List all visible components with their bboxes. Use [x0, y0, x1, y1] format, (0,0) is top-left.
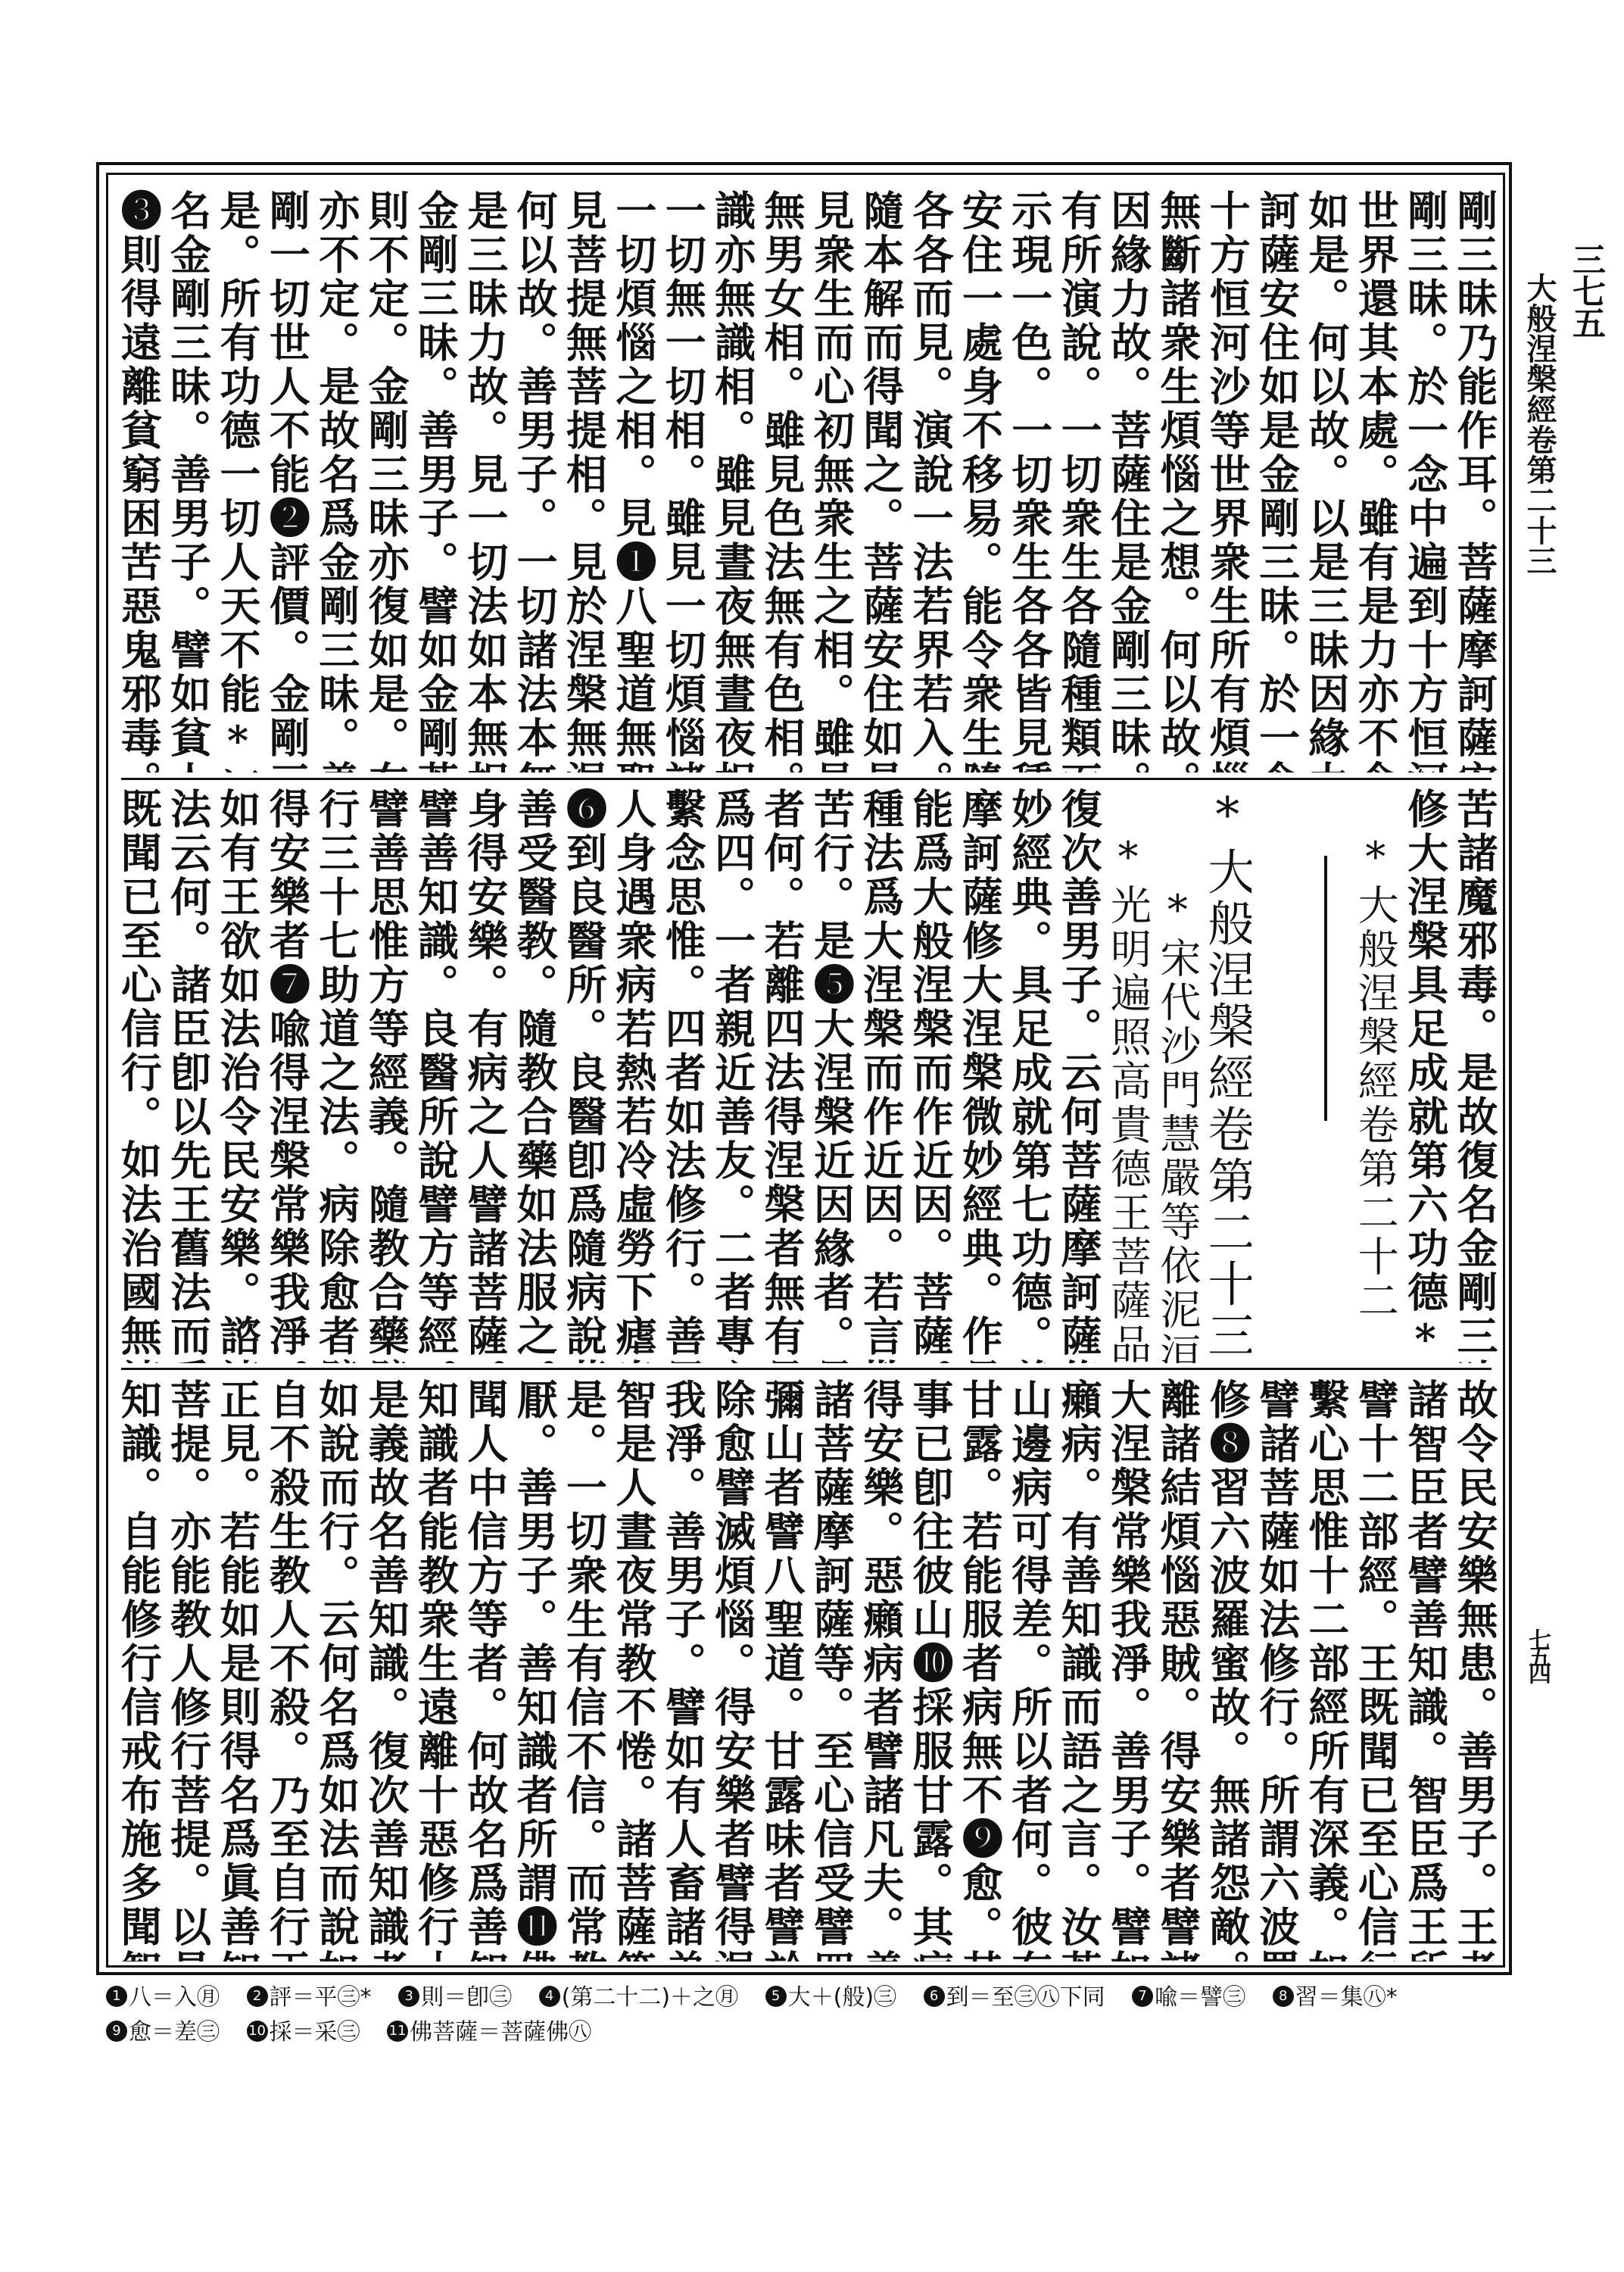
text-column: 故令民安樂無患。善男子。王者譬諸菩薩。: [1450, 1378, 1499, 1961]
text-column: 如是。何以故。以是三昧因緣力故。菩薩摩: [1301, 189, 1351, 772]
chapter-title: *光明遍照高貴德王菩薩品❹之五: [1103, 788, 1152, 1363]
text-column: 譬善思惟方等經義。隨教合藥譬如法修: [361, 788, 410, 1363]
footnotes: 1八＝入㊊ 2評＝平㊂* 3則＝卽㊂ 4(第二十二)＋之㊊ 5大＋(般)㊂ 6到…: [106, 1980, 1529, 2050]
text-column: 金剛三昧。善男子。譬如金剛若在日中色: [410, 189, 460, 772]
text-column: 得安樂者❼喩得涅槃常樂我淨。善男子。譬: [262, 788, 311, 1363]
footnote-text: 八＝入㊊: [129, 1984, 220, 2011]
text-column: 者何。若離四法得涅槃者無有是處。何等: [757, 788, 806, 1363]
text-column: 智是人晝夜常教不惓。諸菩薩等亦復如: [609, 1378, 658, 1961]
text-column: 各各而見。演說一法若界若入。一切衆生各: [906, 189, 955, 772]
text-column: 何以故。善男子。一切諸法本無相故。菩薩以: [510, 189, 559, 772]
margin-page-number: 七五四: [1520, 1628, 1554, 1678]
text-column: 聞人中信方等者。何故名爲善知識耶。善: [460, 1378, 509, 1961]
text-column: 法云何。諸臣卽以先王舊法而爲說之。王: [163, 788, 212, 1363]
text-column: 無斷諸衆生煩惱之想。何以故。以是三昧: [1152, 189, 1202, 772]
footnote-text: 愈＝差㊂: [129, 2019, 220, 2046]
text-column: 種法爲大涅槃而作近因。若言勤修一切: [856, 788, 905, 1363]
text-column: 譬十二部經。王既聞已至心信行。譬諸菩薩: [1351, 1378, 1400, 1961]
text-column: 訶薩安住如是金剛三昧。於一念中能斷: [1252, 189, 1301, 772]
text-column: ❻到良醫所。良醫卽爲隨病說藥。是人至心: [559, 788, 608, 1363]
separator-rule: [1324, 856, 1327, 1121]
text-column: 繫心思惟十二部經所有深義。如法治國: [1301, 1378, 1351, 1961]
text-column: 知識者能教衆生遠離十惡修行十善。以: [410, 1378, 460, 1961]
text-column: 甘露。若能服者病無不❾愈。其人至心信是: [955, 1378, 1004, 1961]
text-column: 能爲大般涅槃而作近因。菩薩。卽知有四: [906, 788, 955, 1363]
text-column: 大涅槃常樂我淨。善男子。譬如有人遇惡: [1103, 1378, 1152, 1961]
text-column: 一切無一切相。雖見一切煩惱諸結。亦無: [658, 189, 707, 772]
text-column: 見菩提無菩提相。見於涅槃無涅槃相。: [559, 189, 608, 772]
text-column: 厭。善男子。善知識者所謂⓫佛菩薩辟支佛聲: [510, 1378, 559, 1961]
footnote-text: 到＝至㊂㊇下同: [946, 1984, 1105, 2011]
text-column: 彌山者譬八聖道。甘露味者譬於佛性。癩病: [757, 1378, 806, 1961]
text-column: 苦諸魔邪毒。是故復名金剛三昧。是名菩薩: [1450, 788, 1499, 1363]
footnote-text: (第二十二)＋之㊊: [562, 1984, 738, 2011]
text-column: 諸智臣者譬善知識。智臣爲王所說治法: [1400, 1378, 1449, 1961]
blank-column: [1252, 788, 1301, 1363]
text-column: 除愈譬滅煩惱。得安樂者譬得涅槃常樂: [707, 1378, 756, 1961]
footnote-marker: 4: [539, 1986, 560, 2007]
text-column: 剛三昧乃能作耳。菩薩摩訶薩安住如是金: [1450, 189, 1499, 772]
footnote: 7喩＝譬㊂: [1132, 1980, 1245, 2015]
translator-line: *宋代沙門慧嚴等依泥洹經加之: [1152, 788, 1202, 1363]
text-band-lower: 故令民安樂無患。善男子。王者譬諸菩薩。 諸智臣者譬善知識。智臣爲王所說治法 譬十…: [114, 1378, 1499, 1961]
footnote: 3則＝卽㊂: [398, 1980, 512, 2015]
text-column: 自不殺生教人不殺。乃至自行正見教人: [262, 1378, 311, 1961]
text-column: 是三昧力故。見一切法如本無相。何故名爲: [460, 189, 509, 772]
text-column: 有所演說。一切衆生各隨種類而得解了。: [1054, 189, 1103, 772]
text-column: 隨本解而得聞之。菩薩安住如是三昧。雖: [856, 189, 905, 772]
footnote: 1八＝入㊊: [106, 1980, 220, 2015]
text-column: 安住一處身不移易。能令衆生隨其方面: [955, 189, 1004, 772]
text-column: 爲四。一者親近善友。二者專心聽法。三者: [707, 788, 756, 1363]
footnote-marker: 3: [398, 1986, 419, 2007]
footnote: 10採＝采㊂: [247, 2015, 360, 2050]
text-column: 剛三昧。於一念中遍到十方恒河沙等諸佛: [1400, 189, 1449, 772]
footnote-text: 大＋(般)㊂: [788, 1984, 896, 2011]
footnote-marker: 1: [106, 1986, 127, 2007]
band-divider-lower: [121, 1368, 1492, 1370]
footnote: 6到＝至㊂㊇下同: [924, 1980, 1105, 2015]
text-column: 如有王欲如法治令民安樂。諮諸智臣其: [213, 788, 262, 1363]
text-column: 復次善男子。云何菩薩摩訶薩修大涅槃微: [1054, 788, 1103, 1363]
footnote-marker: 7: [1132, 1986, 1153, 2007]
text-column: 世界還其本處。雖有是力亦不念言我能: [1351, 189, 1400, 772]
text-column: 正見。若能如是則得名爲眞善知識。自修: [213, 1378, 262, 1961]
text-column: 山邊病可得差。所以者何。彼有良藥味如: [1004, 1378, 1053, 1961]
text-column: 一切煩惱之相。見❶八聖道無聖道相。雖: [609, 189, 658, 772]
text-column: 既聞已至心信行。如法治國無諸怨敵。是: [114, 788, 163, 1363]
previous-fascicle-end-title: *大般涅槃經卷第二十二: [1351, 788, 1400, 1363]
text-column: 名金剛三昧。善男子。譬如貧人得金剛寶: [163, 189, 212, 772]
footnote: 11佛菩薩＝菩薩佛㊇: [387, 2015, 591, 2050]
text-column: 妙經典。具足成就第七功德。善男子。菩薩: [1004, 788, 1053, 1363]
fascicle-separator: [1301, 788, 1351, 1363]
text-column: 亦不定。是故名爲金剛三昧。善男子。譬如金: [311, 189, 360, 772]
footnote-text: 則＝卽㊂: [421, 1984, 512, 2011]
text-column: 癩病。有善知識而語之言。汝若能到須彌: [1054, 1378, 1103, 1961]
page-number-header: 三七五 大般涅槃經卷第二十三: [1518, 242, 1610, 576]
text-column: 苦行。是❺大涅槃近因緣者。是義不然。所以: [806, 788, 856, 1363]
text-column: ❸則得遠離貧窮困苦惡鬼邪毒。菩薩摩訶: [114, 189, 163, 772]
text-column: 離諸結煩惱惡賊。得安樂者譬諸菩薩得: [1152, 1378, 1202, 1961]
footnote-text: 佛菩薩＝菩薩佛㊇: [410, 2019, 591, 2046]
footnote-marker: 5: [765, 1986, 787, 2007]
text-column: 無男女相。雖見色法無有色相。乃至見: [757, 189, 806, 772]
footnote-marker: 9: [106, 2021, 127, 2042]
text-column: 知識。自能修行信戒布施多聞智慧。亦能教: [114, 1378, 163, 1961]
text-column: 善受醫教。隨教合藥如法服之。服已病愈: [510, 788, 559, 1363]
text-column: 繫念思惟。四者如法修行。善男子。譬如有: [658, 788, 707, 1363]
footnote: 8習＝集㊇*: [1273, 1980, 1398, 2015]
text-column: 見衆生而心初無衆生之相。雖見男女: [806, 189, 856, 772]
text-column: 示現一色。一切衆生各各皆見種種色相。: [1004, 189, 1053, 772]
text-column: 行三十七助道之法。病除愈者譬滅煩惱。: [311, 788, 360, 1363]
text-column: 修❽習六波羅蜜故。無諸怨敵。譬諸菩薩已: [1202, 1378, 1252, 1961]
footnote: 5大＋(般)㊂: [765, 1980, 896, 2015]
footnote-marker: 2: [247, 1986, 268, 2007]
footnote-text: 評＝平㊂*: [270, 1984, 372, 2011]
text-column: 如說而行。云何名爲如法而說如說而行。: [311, 1378, 360, 1961]
footnote-marker: 8: [1273, 1986, 1294, 2007]
text-column: 人身遇衆病若熱若冷虛勞下瘧衆邪鬼毒: [609, 788, 658, 1363]
text-column: 諸菩薩摩訶薩等。至心信受譬四無量心。須: [806, 1378, 856, 1961]
text-column: 得安樂。惡癩病者譬諸凡夫。善知識者譬: [856, 1378, 905, 1961]
band-divider-upper: [121, 778, 1492, 780]
text-column: 十方恒河沙等世界衆生所有煩惱。而心初: [1202, 189, 1252, 772]
text-column: 識亦無識相。雖見晝夜無晝夜相。雖見: [707, 189, 756, 772]
text-column: 因緣力故。菩薩住是金剛三昧。以一音聲: [1103, 189, 1152, 772]
text-column: 剛一切世人不能❷評價。金剛三昧亦復如: [262, 189, 311, 772]
text-band-middle: 苦諸魔邪毒。是故復名金剛三昧。是名菩薩 修大涅槃具足成就第六功德* *大般涅槃經…: [114, 788, 1499, 1363]
footnote: 2評＝平㊂*: [247, 1980, 372, 2015]
text-column: 是。所有功德一切人天不能*評量。是故復: [213, 189, 262, 772]
text-column: 修大涅槃具足成就第六功德*: [1400, 788, 1449, 1363]
footnote: 4(第二十二)＋之㊊: [539, 1980, 738, 2015]
footnote-marker: 6: [924, 1986, 945, 2007]
text-band-upper: 剛三昧乃能作耳。菩薩摩訶薩安住如是金 剛三昧。於一念中遍到十方恒河沙等諸佛 世界…: [114, 189, 1499, 772]
footnote: 9愈＝差㊂: [106, 2015, 220, 2050]
text-column: 事已卽往彼山❿採服甘露。其病除愈身: [906, 1378, 955, 1961]
footnote-marker: 10: [247, 2021, 268, 2042]
text-column: 譬諸菩薩如法修行。所謂六波羅蜜。以能: [1252, 1378, 1301, 1961]
text-column: 是。一切衆生有信不信。而常教化無有疲: [559, 1378, 608, 1961]
footnote-marker: 11: [387, 2021, 408, 2042]
footnote-text: 採＝采㊂: [270, 2019, 360, 2046]
footnote-text: 習＝集㊇*: [1295, 1984, 1398, 2011]
text-column: 是義故名善知識。復次善知識者如法而說: [361, 1378, 410, 1961]
text-column: 摩訶薩修大涅槃微妙經典。作是思惟。何法: [955, 788, 1004, 1363]
text-column: 身得安樂。有病之人譬諸菩薩。大良醫者: [460, 788, 509, 1363]
footnote-text: 喩＝譬㊂: [1155, 1984, 1245, 2011]
text-column: 則不定。金剛三昧亦復如是。在於大衆色: [361, 189, 410, 772]
text-column: 譬善知識。良醫所說譬方等經。善受醫教: [410, 788, 460, 1363]
page-number: 三七五: [1566, 242, 1605, 338]
text-column: 菩提。亦能教人修行菩提。以是義故名善: [163, 1378, 212, 1961]
running-title: 大般涅槃經卷第二十三: [1518, 273, 1561, 576]
text-column: 我淨。善男子。譬如有人畜諸弟子聰明大: [658, 1378, 707, 1961]
fascicle-title: *大般涅槃經卷第二十三: [1202, 788, 1252, 1363]
